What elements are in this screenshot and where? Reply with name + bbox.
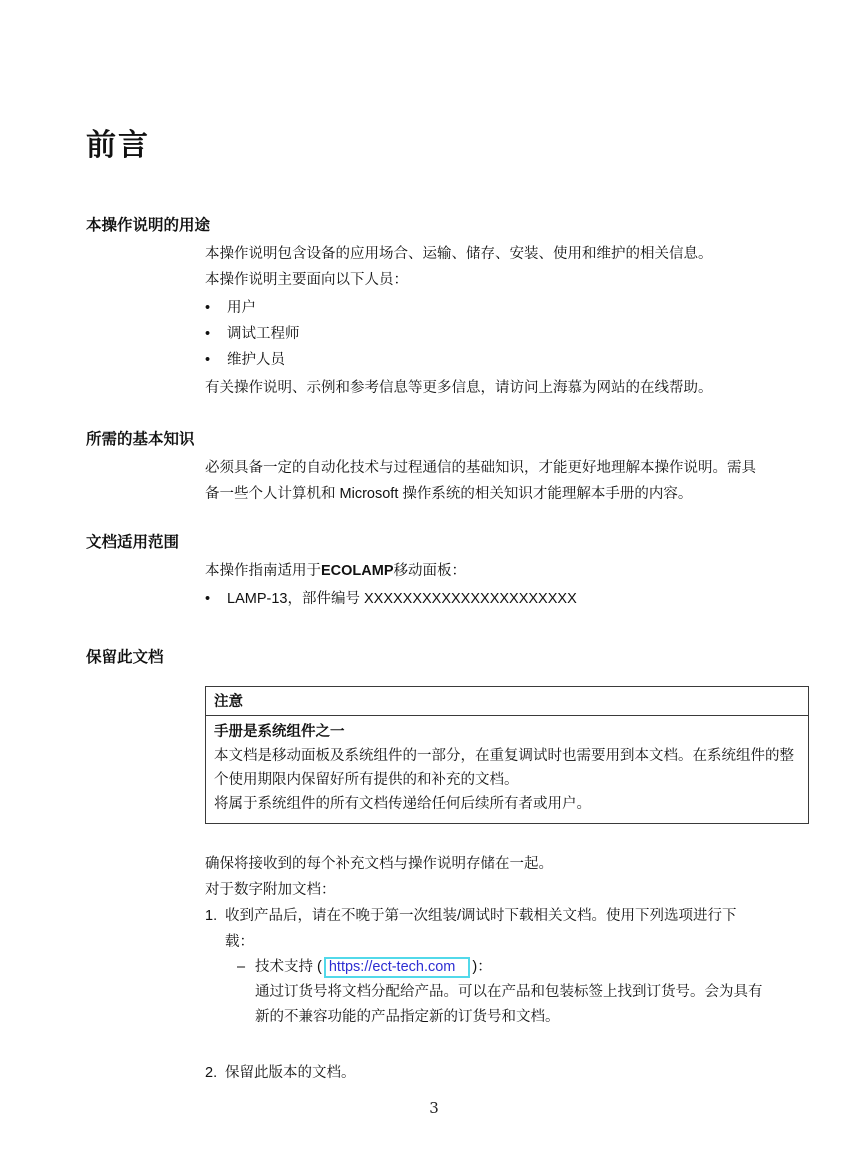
paragraph: 通过订货号将文档分配给产品。可以在产品和包装标签上找到订货号。会为具有新的不兼容… bbox=[255, 980, 764, 1030]
paragraph: 有关操作说明、示例和参考信息等更多信息，请访问上海慕为网站的在线帮助。 bbox=[205, 375, 764, 401]
notice-box: 注意 手册是系统组件之一 本文档是移动面板及系统组件的一部分，在重复调试时也需要… bbox=[205, 686, 809, 824]
bullet-icon: • bbox=[205, 347, 227, 373]
section-body-purpose: 本操作说明包含设备的应用场合、运输、储存、安装、使用和维护的相关信息。 本操作说… bbox=[205, 241, 764, 401]
paragraph: 对于数字附加文档： bbox=[205, 877, 764, 903]
page-number: 3 bbox=[0, 1099, 868, 1117]
scope-intro-prefix: 本操作指南适用于 bbox=[205, 563, 321, 579]
device-list: • LAMP-13，部件编号 XXXXXXXXXXXXXXXXXXXXXX bbox=[205, 586, 764, 612]
tech-support-link[interactable]: https://ect-tech.com bbox=[324, 957, 471, 978]
sub-item-tech-support: – 技术支持 (https://ect-tech.com)： 通过订货号将文档分… bbox=[237, 955, 764, 1030]
section-heading-knowledge: 所需的基本知识 bbox=[86, 430, 764, 450]
notice-label: 注意 bbox=[206, 687, 808, 716]
section-scope: 文档适用范围 本操作指南适用于ECOLAMP移动面板： • LAMP-13，部件… bbox=[86, 533, 764, 612]
paragraph: 本操作指南适用于ECOLAMP移动面板： bbox=[205, 558, 764, 584]
dash-icon: – bbox=[237, 955, 255, 1030]
section-body-scope: 本操作指南适用于ECOLAMP移动面板： • LAMP-13，部件编号 XXXX… bbox=[205, 558, 764, 612]
list-item: • LAMP-13，部件编号 XXXXXXXXXXXXXXXXXXXXXX bbox=[205, 586, 764, 612]
notice-body: 手册是系统组件之一 本文档是移动面板及系统组件的一部分，在重复调试时也需要用到本… bbox=[206, 716, 808, 823]
list-item-text: LAMP-13，部件编号 XXXXXXXXXXXXXXXXXXXXXX bbox=[227, 586, 577, 612]
section-body-retain: 确保将接收到的每个补充文档与操作说明存储在一起。 对于数字附加文档： 1. 收到… bbox=[205, 851, 764, 1086]
section-heading-purpose: 本操作说明的用途 bbox=[86, 216, 764, 236]
numbered-item-text: 收到产品后，请在不晚于第一次组装/调试时下载相关文档。使用下列选项进行下载： bbox=[225, 903, 764, 955]
paragraph: 确保将接收到的每个补充文档与操作说明存储在一起。 bbox=[205, 851, 764, 877]
bullet-icon: • bbox=[205, 321, 227, 347]
brand-name: ECOLAMP bbox=[321, 563, 394, 579]
paragraph: 将属于系统组件的所有文档传递给任何后续所有者或用户。 bbox=[214, 792, 800, 816]
section-purpose: 本操作说明的用途 本操作说明包含设备的应用场合、运输、储存、安装、使用和维护的相… bbox=[86, 216, 764, 401]
item-number: 1. bbox=[205, 903, 225, 955]
section-heading-scope: 文档适用范围 bbox=[86, 533, 764, 553]
link-suffix: )： bbox=[472, 959, 491, 975]
link-prefix: 技术支持 ( bbox=[255, 959, 322, 975]
section-retain: 保留此文档 注意 手册是系统组件之一 本文档是移动面板及系统组件的一部分，在重复… bbox=[86, 648, 764, 1085]
page-content: 前言 本操作说明的用途 本操作说明包含设备的应用场合、运输、储存、安装、使用和维… bbox=[86, 128, 764, 1086]
item-number: 2. bbox=[205, 1060, 225, 1086]
page-title: 前言 bbox=[86, 128, 764, 164]
bullet-icon: • bbox=[205, 295, 227, 321]
paragraph: 本操作说明包含设备的应用场合、运输、储存、安装、使用和维护的相关信息。 bbox=[205, 241, 764, 267]
scope-intro-suffix: 移动面板： bbox=[394, 563, 467, 579]
list-item: • 调试工程师 bbox=[205, 321, 764, 347]
list-item-text: 调试工程师 bbox=[227, 321, 300, 347]
bullet-icon: • bbox=[205, 586, 227, 612]
paragraph: 本操作说明主要面向以下人员： bbox=[205, 267, 764, 293]
numbered-item-2: 2. 保留此版本的文档。 bbox=[205, 1060, 764, 1086]
sub-item-content: 技术支持 (https://ect-tech.com)： 通过订货号将文档分配给… bbox=[255, 955, 764, 1030]
tech-support-line: 技术支持 (https://ect-tech.com)： bbox=[255, 955, 764, 980]
audience-list: • 用户 • 调试工程师 • 维护人员 bbox=[205, 295, 764, 373]
list-item-text: 维护人员 bbox=[227, 347, 285, 373]
section-knowledge: 所需的基本知识 必须具备一定的自动化技术与过程通信的基础知识，才能更好地理解本操… bbox=[86, 430, 764, 507]
section-body-knowledge: 必须具备一定的自动化技术与过程通信的基础知识，才能更好地理解本操作说明。需具备一… bbox=[205, 455, 764, 507]
list-item-text: 用户 bbox=[227, 295, 256, 321]
paragraph: 本文档是移动面板及系统组件的一部分，在重复调试时也需要用到本文档。在系统组件的整… bbox=[214, 744, 800, 792]
numbered-item-1: 1. 收到产品后，请在不晚于第一次组装/调试时下载相关文档。使用下列选项进行下载… bbox=[205, 903, 764, 955]
numbered-item-text: 保留此版本的文档。 bbox=[225, 1060, 356, 1086]
list-item: • 用户 bbox=[205, 295, 764, 321]
paragraph: 必须具备一定的自动化技术与过程通信的基础知识，才能更好地理解本操作说明。需具备一… bbox=[205, 455, 764, 507]
section-heading-retain: 保留此文档 bbox=[86, 648, 764, 668]
document-page: 前言 本操作说明的用途 本操作说明包含设备的应用场合、运输、储存、安装、使用和维… bbox=[0, 0, 868, 1157]
notice-title: 手册是系统组件之一 bbox=[214, 720, 800, 744]
list-item: • 维护人员 bbox=[205, 347, 764, 373]
